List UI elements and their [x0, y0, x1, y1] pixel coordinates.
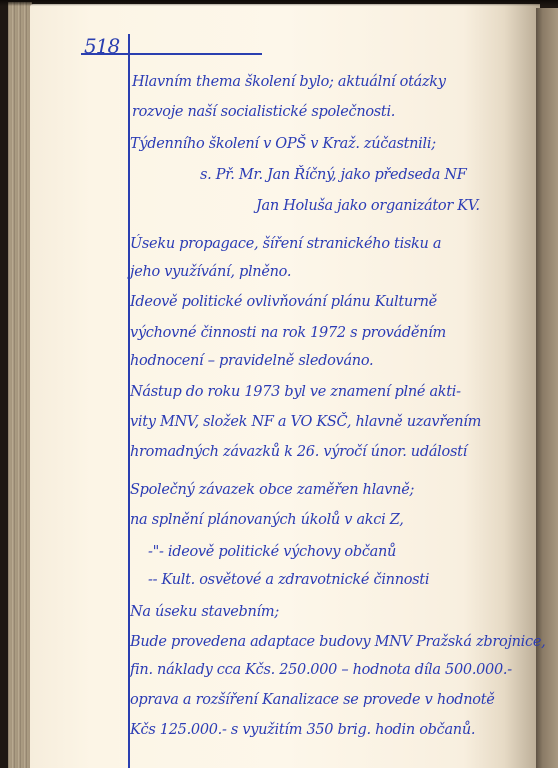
handwritten-line: Bude provedena adaptace budovy MNV Pražs…: [130, 634, 545, 650]
handwritten-line: fin. náklady cca Kčs. 250.000 – hodnota …: [130, 662, 512, 678]
handwritten-line: -"- ideově politické výchovy občanů: [148, 544, 396, 560]
handwritten-line: Na úseku stavebním;: [130, 604, 279, 620]
handwritten-line: výchovné činnosti na rok 1972 s prováděn…: [130, 325, 446, 341]
handwritten-line: Jan Holuša jako organizátor KV.: [256, 198, 480, 214]
handwritten-line: na splnění plánovaných úkolů v akci Z,: [130, 512, 404, 528]
handwritten-line: Společný závazek obce zaměřen hlavně;: [130, 482, 414, 498]
handwritten-line: hromadných závazků k 26. výročí únor. ud…: [130, 444, 467, 460]
top-shadow: [0, 0, 558, 6]
handwritten-line: Kčs 125.000.- s využitím 350 brig. hodin…: [130, 722, 475, 738]
handwritten-line: Hlavním thema školení bylo; aktuální otá…: [132, 74, 446, 90]
handwritten-line: hodnocení – pravidelně sledováno.: [130, 353, 373, 369]
handwritten-line: jeho využívání, plněno.: [130, 264, 291, 280]
handwritten-line: s. Př. Mr. Jan Říčný, jako předseda NF: [200, 167, 467, 183]
adjacent-page-edge: [536, 8, 558, 768]
page-edges: [8, 2, 32, 768]
handwritten-line: vity MNV, složek NF a VO KSČ, hlavně uza…: [130, 414, 481, 430]
header-rule: [81, 53, 262, 55]
handwritten-line: Týdenního školení v OPŠ v Kraž. zúčastni…: [130, 136, 436, 152]
handwritten-line: oprava a rozšíření Kanalizace se provede…: [130, 692, 495, 708]
handwritten-line: Úseku propagace, šíření stranického tisk…: [130, 236, 441, 252]
handwritten-line: Ideově politické ovlivňování plánu Kultu…: [130, 294, 437, 310]
handwritten-line: -- Kult. osvětové a zdravotnické činnost…: [148, 572, 429, 588]
handwritten-line: Nástup do roku 1973 byl ve znamení plné …: [130, 384, 461, 400]
handwritten-line: rozvoje naší socialistické společnosti.: [132, 104, 395, 120]
book-spread: 518 Hlavním thema školení bylo; aktuální…: [0, 0, 558, 768]
